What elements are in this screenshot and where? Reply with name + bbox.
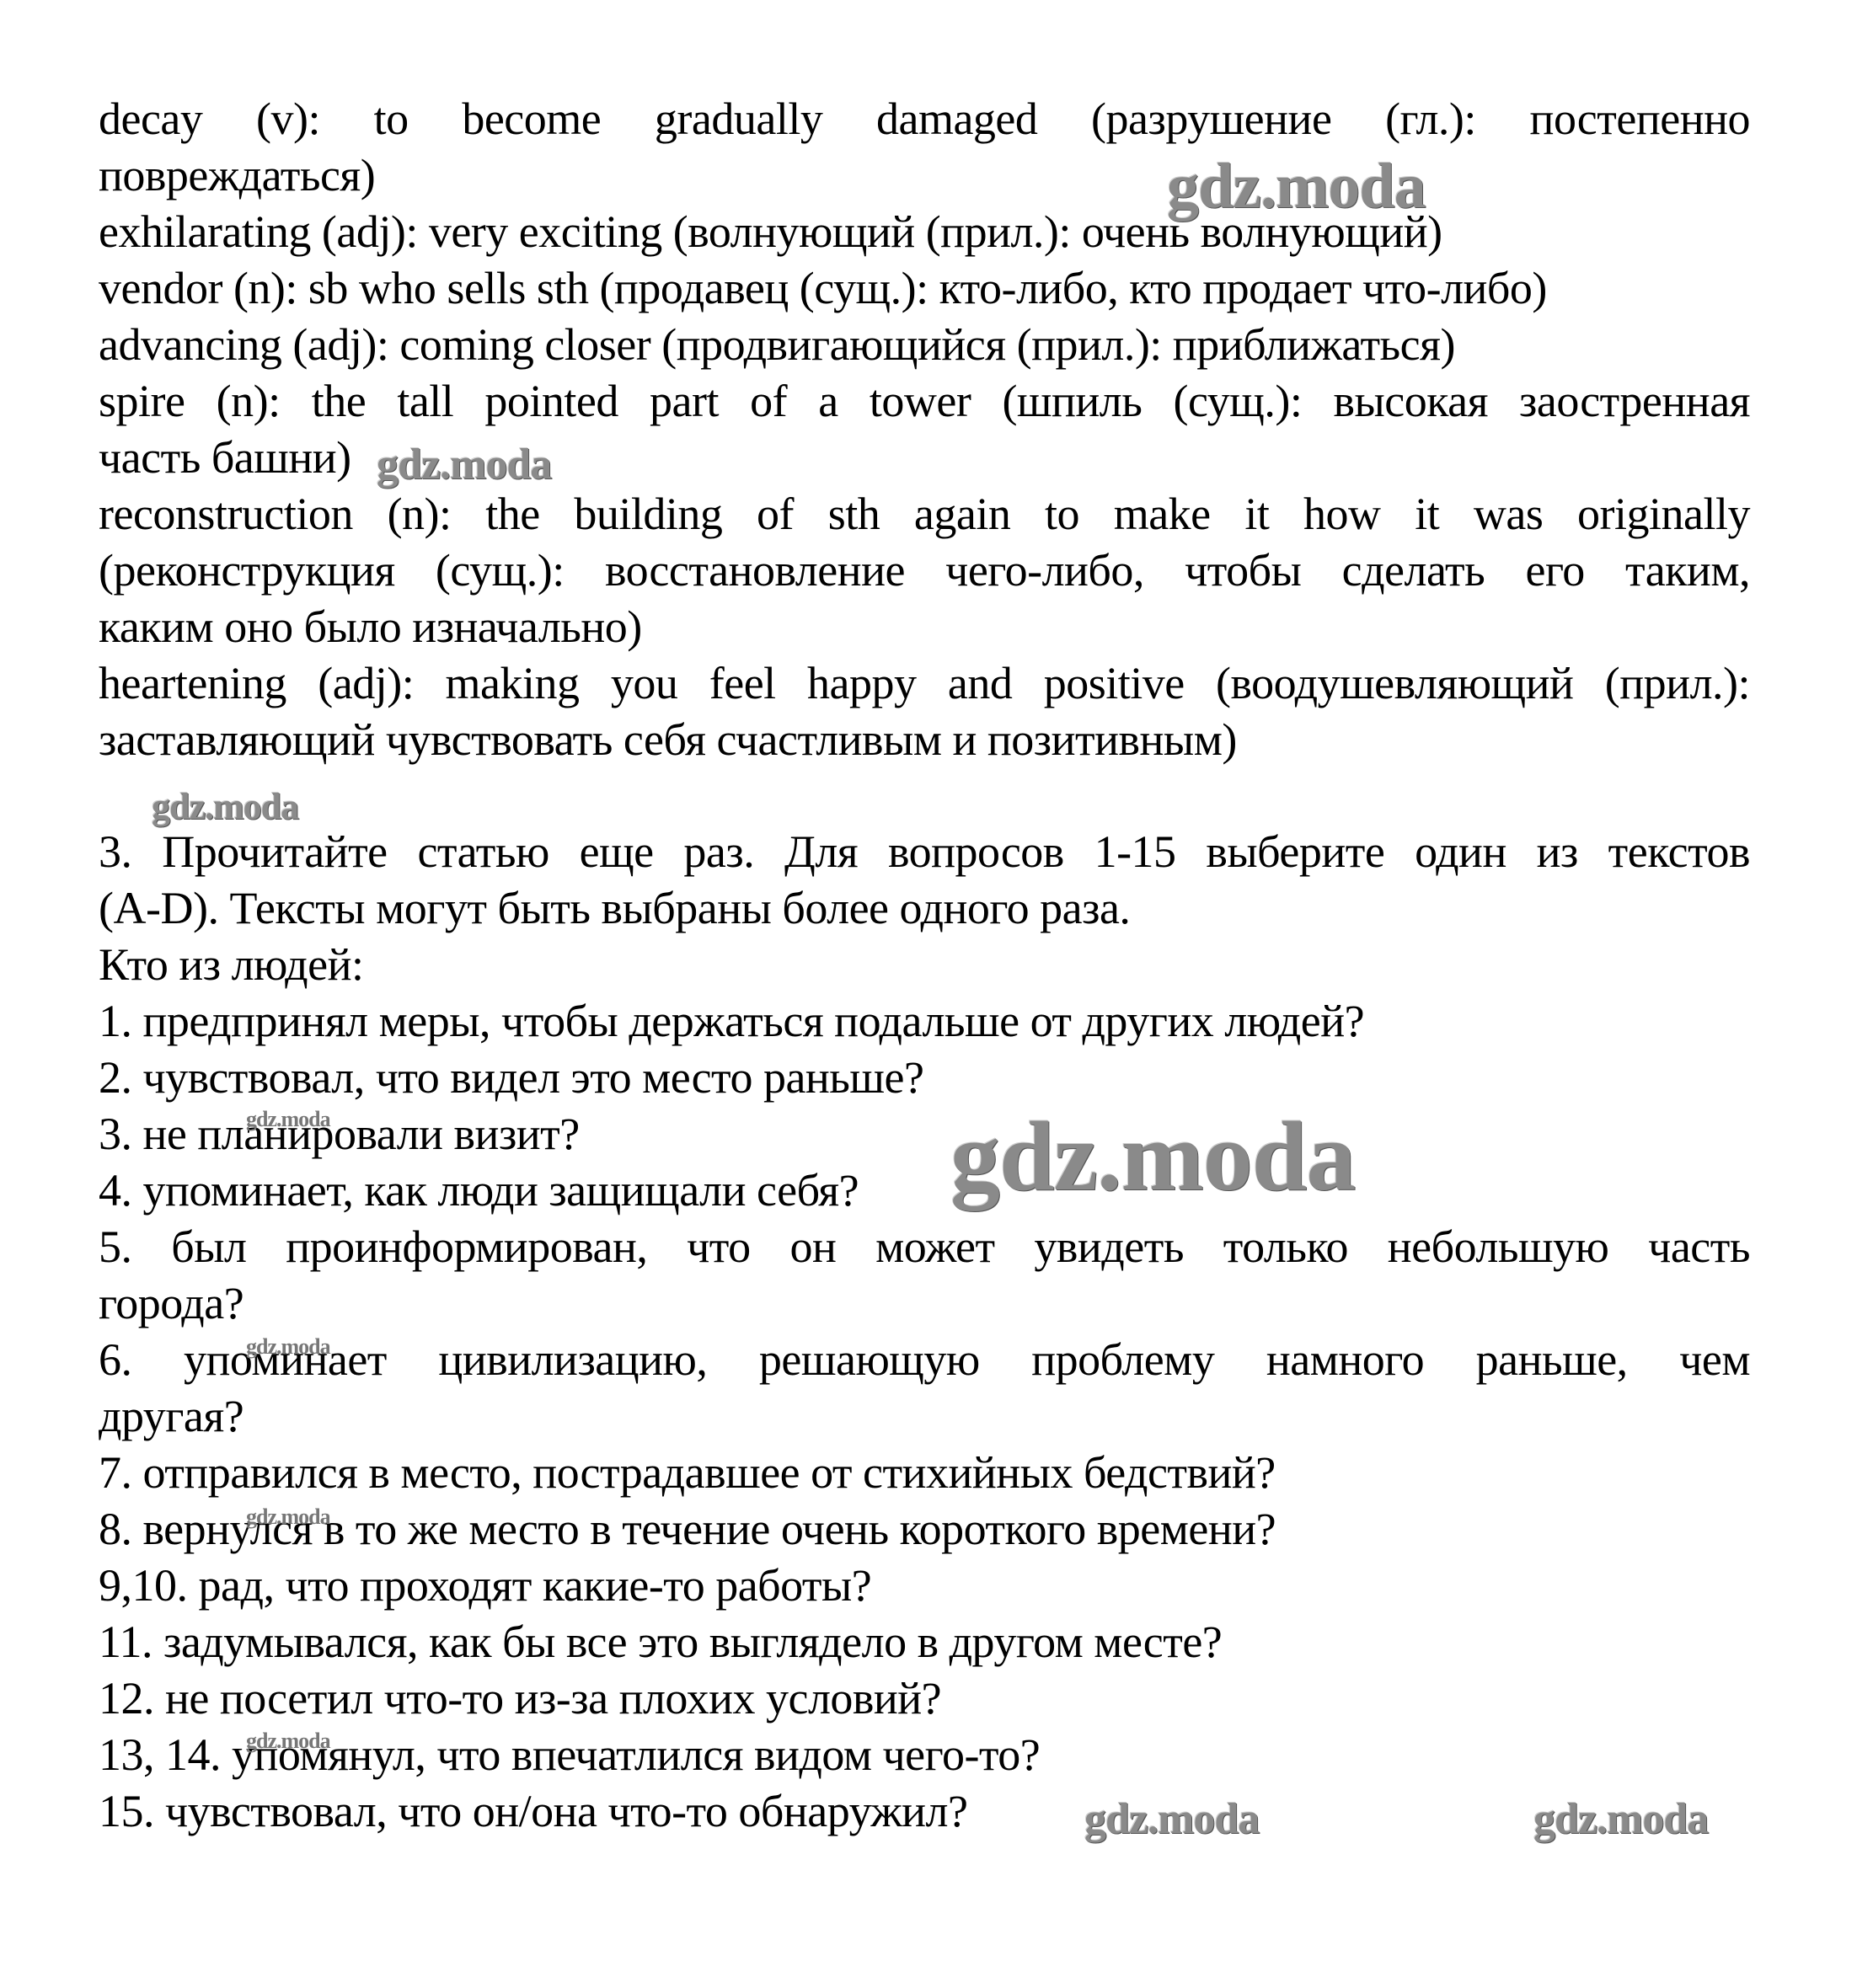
question-item: 7. отправился в место, пострадавшее от с… — [99, 1445, 1750, 1501]
question-item: 8. вернулся в то же место в течение очен… — [99, 1501, 1750, 1558]
vocab-line: spire (n): the tall pointed part of a to… — [99, 373, 1750, 430]
vocab-line: heartening (adj): making you feel happy … — [99, 655, 1750, 712]
question-item-cont: города? — [99, 1275, 1750, 1332]
question-item: 9,10. рад, что проходят какие-то работы? — [99, 1558, 1750, 1614]
watermark: gdz.moda — [377, 440, 551, 489]
watermark: gdz.moda — [950, 1099, 1355, 1214]
watermark: gdz.moda — [1084, 1794, 1259, 1844]
question-list: 1. предпринял меры, чтобы держаться пода… — [99, 993, 1750, 1840]
vocab-line: decay (v): to become gradually damaged (… — [99, 91, 1750, 147]
question-item: 4. упоминает, как люди защищали себя? — [99, 1162, 1750, 1219]
vocab-line: advancing (adj): coming closer (продвига… — [99, 317, 1750, 373]
watermark: gdz.moda — [246, 1729, 330, 1754]
watermark: gdz.moda — [246, 1107, 330, 1132]
question-item: 5. был проинформирован, что он может уви… — [99, 1219, 1750, 1275]
question-item: 6. упоминает цивилизацию, решающую пробл… — [99, 1332, 1750, 1388]
vocab-entry-heartening: heartening (adj): making you feel happy … — [99, 655, 1750, 768]
task-instruction: (A-D). Тексты могут быть выбраны более о… — [99, 880, 1750, 937]
vocab-entry-reconstruction: reconstruction (n): the building of sth … — [99, 486, 1750, 655]
question-item: 2. чувствовал, что видел это место раньш… — [99, 1050, 1750, 1106]
question-item: 11. задумывался, как бы все это выглядел… — [99, 1614, 1750, 1670]
vocab-entry-decay: decay (v): to become gradually damaged (… — [99, 91, 1750, 204]
watermark: gdz.moda — [246, 1504, 330, 1530]
vocab-line: reconstruction (n): the building of sth … — [99, 486, 1750, 542]
task-instruction: 3. Прочитайте статью еще раз. Для вопрос… — [99, 824, 1750, 880]
question-item: 13, 14. упомянул, что впечатлился видом … — [99, 1727, 1750, 1783]
watermark: gdz.moda — [152, 785, 298, 828]
vocab-line: каким оно было изначально) — [99, 599, 1750, 655]
question-item: 12. не посетил что-то из-за плохих услов… — [99, 1670, 1750, 1727]
watermark: gdz.moda — [1167, 150, 1426, 223]
vocab-line: повреждаться) — [99, 147, 1750, 204]
vocab-entry-spire: spire (n): the tall pointed part of a to… — [99, 373, 1750, 486]
vocab-line: vendor (n): sb who sells sth (продавец (… — [99, 260, 1750, 317]
watermark: gdz.moda — [1533, 1794, 1708, 1844]
vocab-entry-advancing: advancing (adj): coming closer (продвига… — [99, 317, 1750, 373]
spacer — [99, 768, 1750, 824]
vocab-line: exhilarating (adj): very exciting (волну… — [99, 204, 1750, 260]
task-section: 3. Прочитайте статью еще раз. Для вопрос… — [99, 824, 1750, 1840]
task-prompt: Кто из людей: — [99, 937, 1750, 993]
question-item: 1. предпринял меры, чтобы держаться пода… — [99, 993, 1750, 1050]
document-page: decay (v): to become gradually damaged (… — [99, 91, 1750, 1840]
question-item-cont: другая? — [99, 1388, 1750, 1445]
question-item: 15. чувствовал, что он/она что-то обнару… — [99, 1783, 1750, 1840]
vocab-entry-exhilarating: exhilarating (adj): very exciting (волну… — [99, 204, 1750, 260]
vocab-line: часть башни) — [99, 430, 1750, 486]
vocabulary-list: decay (v): to become gradually damaged (… — [99, 91, 1750, 768]
vocab-line: (реконструкция (сущ.): восстановление че… — [99, 542, 1750, 599]
question-item: 3. не планировали визит? — [99, 1106, 1750, 1162]
vocab-line: заставляющий чувствовать себя счастливым… — [99, 712, 1750, 768]
watermark: gdz.moda — [246, 1334, 330, 1360]
vocab-entry-vendor: vendor (n): sb who sells sth (продавец (… — [99, 260, 1750, 317]
